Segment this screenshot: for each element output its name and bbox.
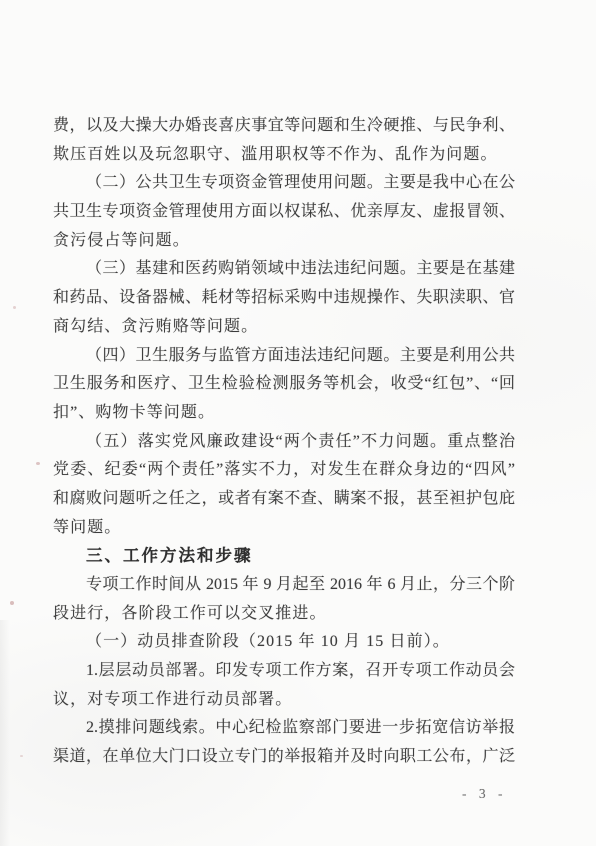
text-line: 和腐败问题听之任之，或者有案不查、瞒案不报，甚至袒护包庇 xyxy=(53,485,515,514)
document-body: 费，以及大操大办婚丧喜庆事宜等问题和生冷硬推、与民争利、欺压百姓以及玩忽职守、滥… xyxy=(53,112,515,772)
text-line: 和药品、设备器械、耗材等招标采购中违规操作、失职渎职、官 xyxy=(53,284,515,313)
text-line: 卫生服务和医疗、卫生检验检测服务等机会，收受“红包”、“回 xyxy=(53,370,515,399)
text-line: 1.层层动员部署。印发专项工作方案，召开专项工作动员会 xyxy=(53,657,515,686)
text-line: 扣”、购物卡等问题。 xyxy=(53,399,515,428)
text-line: 等问题。 xyxy=(53,514,515,543)
scanned-document-page: 费，以及大操大办婚丧喜庆事宜等问题和生冷硬推、与民争利、欺压百姓以及玩忽职守、滥… xyxy=(0,0,596,846)
text-line: 议，对专项工作进行动员部署。 xyxy=(53,686,515,715)
text-line: 共卫生专项资金管理使用方面以权谋私、优亲厚友、虚报冒领、 xyxy=(53,198,515,227)
scan-speck xyxy=(20,755,23,757)
section-heading: 三、工作方法和步骤 xyxy=(53,542,515,571)
text-line: 渠道，在单位大门口设立专门的举报箱并及时向职工公布，广泛 xyxy=(53,743,515,772)
text-line: （二）公共卫生专项资金管理使用问题。主要是我中心在公 xyxy=(53,169,515,198)
scan-speck xyxy=(10,601,14,605)
text-line: 商勾结、贪污贿赂等问题。 xyxy=(53,313,515,342)
scan-speck xyxy=(36,462,40,465)
scan-speck xyxy=(13,306,16,309)
text-line: 贪污侵占等问题。 xyxy=(53,227,515,256)
text-line: 费，以及大操大办婚丧喜庆事宜等问题和生冷硬推、与民争利、 xyxy=(53,112,515,141)
text-line: 欺压百姓以及玩忽职守、滥用职权等不作为、乱作为问题。 xyxy=(53,141,515,170)
text-line: 段进行，各阶段工作可以交叉推进。 xyxy=(53,600,515,629)
scan-edge-shadow xyxy=(0,620,10,846)
page-number: - 3 - xyxy=(462,786,507,802)
text-line: 专项工作时间从 2015 年 9 月起至 2016 年 6 月止，分三个阶 xyxy=(53,571,515,600)
text-line: （五）落实党风廉政建设“两个责任”不力问题。重点整治 xyxy=(53,428,515,457)
text-line: （四）卫生服务与监管方面违法违纪问题。主要是利用公共 xyxy=(53,342,515,371)
text-line: 党委、纪委“两个责任”落实不力，对发生在群众身边的“四风” xyxy=(53,456,515,485)
text-line: （三）基建和医药购销领域中违法违纪问题。主要是在基建 xyxy=(53,255,515,284)
text-line: 2.摸排问题线索。中心纪检监察部门要进一步拓宽信访举报 xyxy=(53,714,515,743)
text-line: （一）动员排查阶段（2015 年 10 月 15 日前）。 xyxy=(53,628,515,657)
